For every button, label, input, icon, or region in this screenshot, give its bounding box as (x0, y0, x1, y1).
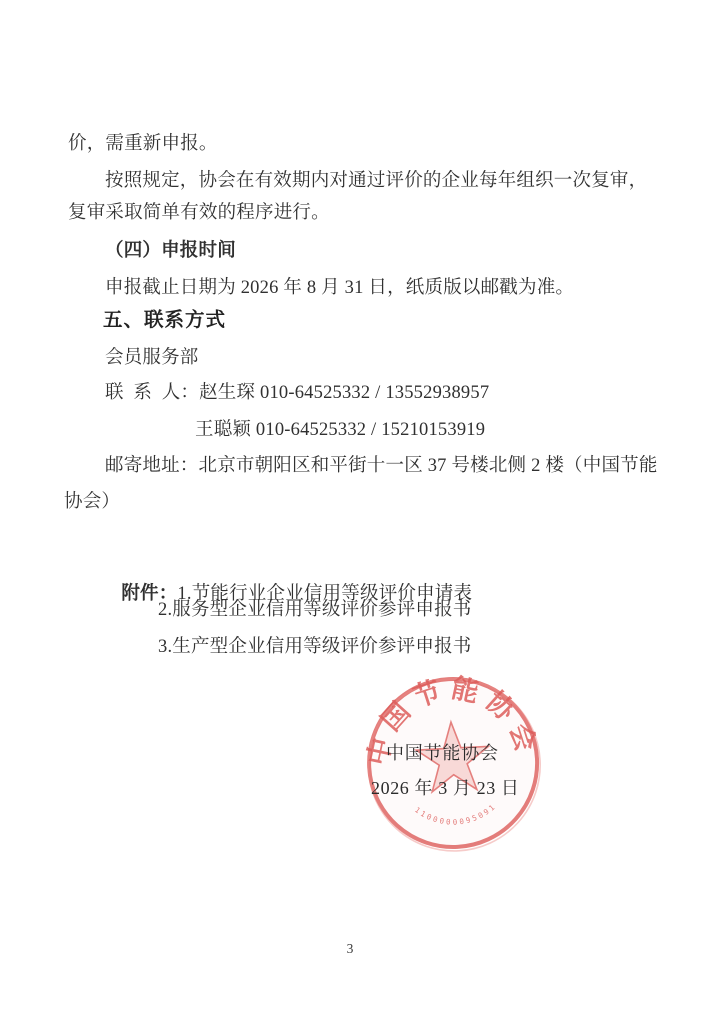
document-page: 价，需重新申报。 按照规定，协会在有效期内对通过评价的企业每年组织一次复审， 复… (0, 0, 720, 1018)
signature-organization: 中国节能协会 (386, 739, 499, 765)
heading-application-time: （四）申报时间 (105, 240, 236, 262)
line-contact-person-2: 王聪颖 010-64525332 / 15210153919 (195, 419, 485, 441)
attachment-item-2: 2.服务型企业信用等级评价参评申报书 (158, 599, 471, 621)
line-mailing-address-1: 邮寄地址：北京市朝阳区和平街十一区 37 号楼北侧 2 楼（中国节能 (105, 455, 658, 477)
line-contact-person-1: 联 系 人：赵生琛 010-64525332 / 13552938957 (105, 382, 489, 404)
page-number: 3 (0, 941, 700, 957)
line-mailing-address-2: 协会） (64, 491, 120, 513)
paragraph-review-line2: 复审采取简单有效的程序进行。 (68, 202, 330, 224)
heading-contact-info: 五、联系方式 (103, 309, 226, 332)
paragraph-repricing-continuation: 价，需重新申报。 (68, 133, 218, 155)
line-department: 会员服务部 (105, 347, 199, 369)
paragraph-deadline: 申报截止日期为 2026 年 8 月 31 日，纸质版以邮戳为准。 (105, 277, 574, 299)
signature-date: 2026 年 3 月 23 日 (371, 774, 520, 800)
paragraph-review-line1: 按照规定，协会在有效期内对通过评价的企业每年组织一次复审， (105, 170, 647, 192)
